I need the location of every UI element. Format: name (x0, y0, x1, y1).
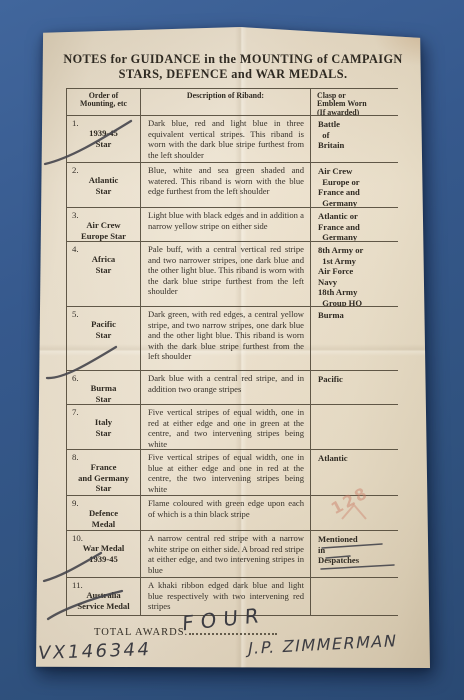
table-row: 8.France and Germany StarFive vertical s… (67, 449, 398, 495)
handwritten-service-number: VX146344 (37, 639, 153, 664)
order-number: 5. (72, 309, 79, 319)
order-cell: 11.Australia Service Medal (67, 578, 141, 615)
order-number: 10. (72, 533, 83, 543)
riband-description: Pale buff, with a central vertical red s… (141, 242, 311, 306)
riband-description: Dark blue with a central red stripe, and… (141, 371, 311, 404)
title-line-2: STARS, DEFENCE and WAR MEDALS. (36, 67, 430, 82)
order-number: 3. (72, 210, 79, 220)
order-cell: 9.Defence Medal (67, 496, 141, 530)
clasp-emblem: Pacific (311, 371, 398, 404)
table-row: 5.Pacific StarDark green, with red edges… (67, 306, 398, 370)
clasp-emblem: Mentioned in Despatches (311, 531, 398, 577)
clasp-emblem (311, 405, 398, 449)
document-paper: NOTES for GUIDANCE in the MOUNTING of CA… (36, 27, 430, 668)
table-row: 2.Atlantic StarBlue, white and sea green… (67, 162, 398, 207)
order-cell: 6.Burma Star (67, 371, 141, 404)
clasp-emblem: 8th Army or 1st Army Air Force Navy 18th… (311, 242, 398, 306)
order-number: 11. (72, 580, 83, 590)
paper-sheet: NOTES for GUIDANCE in the MOUNTING of CA… (36, 27, 430, 668)
clasp-emblem: Battle of Britain (311, 116, 398, 162)
order-cell: 2.Atlantic Star (67, 163, 141, 207)
riband-description: Blue, white and sea green shaded and wat… (141, 163, 311, 207)
table-row: 10.War Medal 1939-45A narrow central red… (67, 530, 398, 577)
column-header-description: Description of Riband: (141, 89, 311, 115)
column-header-clasp: Clasp or Emblem Worn (If awarded) (311, 89, 398, 115)
order-cell: 5.Pacific Star (67, 307, 141, 370)
clasp-emblem: Air Crew Europe or France and Germany (311, 163, 398, 207)
table-row: 3.Air Crew Europe StarLight blue with bl… (67, 207, 398, 241)
clasp-emblem (311, 578, 398, 615)
riband-description: Five vertical stripes of equal width, on… (141, 405, 311, 449)
riband-description: Dark blue, red and light blue in three e… (141, 116, 311, 162)
table-row: 6.Burma StarDark blue with a central red… (67, 370, 398, 404)
order-number: 7. (72, 407, 79, 417)
table-row: 4.Africa StarPale buff, with a central v… (67, 241, 398, 306)
riband-description: Dark green, with red edges, a central ye… (141, 307, 311, 370)
table-row: 1.1939-45 StarDark blue, red and light b… (67, 115, 398, 162)
order-cell: 4.Africa Star (67, 242, 141, 306)
order-cell: 7.Italy Star (67, 405, 141, 449)
clasp-emblem: Burma (311, 307, 398, 370)
medal-table: Order of Mounting, etc Description of Ri… (66, 88, 398, 616)
order-number: 8. (72, 452, 79, 462)
order-cell: 10.War Medal 1939-45 (67, 531, 141, 577)
photo-background: NOTES for GUIDANCE in the MOUNTING of CA… (0, 0, 464, 700)
order-number: 1. (72, 118, 79, 128)
riband-description: Five vertical stripes of equal width, on… (141, 450, 311, 495)
riband-description: A narrow central red stripe with a narro… (141, 531, 311, 577)
total-awards-label: TOTAL AWARDS. (94, 627, 188, 638)
title-line-1: NOTES for GUIDANCE in the MOUNTING of CA… (36, 52, 430, 67)
riband-description: Light blue with black edges and in addit… (141, 208, 311, 241)
order-number: 2. (72, 165, 79, 175)
order-cell: 8.France and Germany Star (67, 450, 141, 495)
order-number: 6. (72, 373, 79, 383)
order-number: 9. (72, 498, 79, 508)
clasp-emblem: Atlantic or France and Germany (311, 208, 398, 241)
order-number: 4. (72, 244, 79, 254)
riband-description: Flame coloured with green edge upon each… (141, 496, 311, 530)
order-cell: 1.1939-45 Star (67, 116, 141, 162)
table-header-row: Order of Mounting, etc Description of Ri… (67, 89, 398, 115)
document-title: NOTES for GUIDANCE in the MOUNTING of CA… (36, 52, 430, 81)
table-row: 7.Italy StarFive vertical stripes of equ… (67, 404, 398, 449)
medal-table-rows: 1.1939-45 StarDark blue, red and light b… (67, 115, 398, 615)
column-header-order: Order of Mounting, etc (67, 89, 141, 115)
order-cell: 3.Air Crew Europe Star (67, 208, 141, 241)
